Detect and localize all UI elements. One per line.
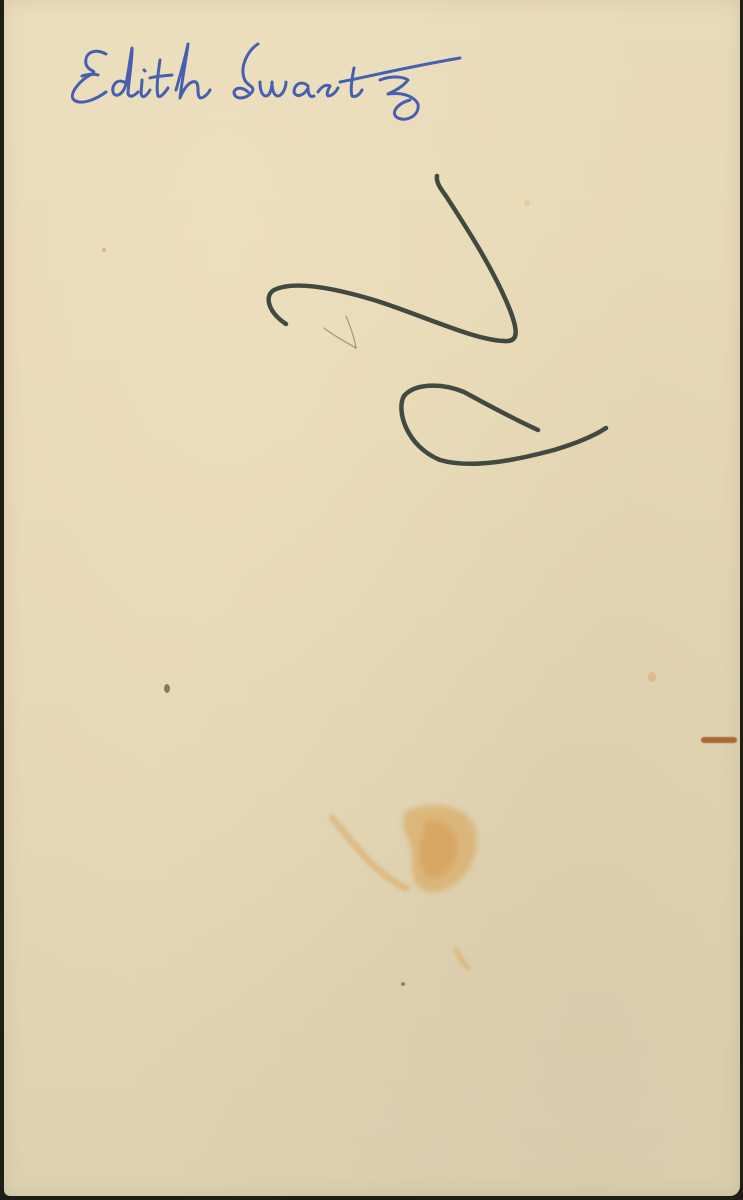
speck — [102, 248, 106, 252]
foxing-stain — [314, 790, 514, 980]
pencil-stroke-icon — [254, 160, 624, 490]
handwritten-signature: Edith Swartz — [62, 30, 472, 130]
card-back: Edith Swartz — [4, 0, 740, 1196]
speck — [524, 200, 530, 206]
edge-mark — [701, 737, 737, 743]
signature-ink-icon — [62, 30, 472, 130]
speck — [164, 684, 170, 693]
speck — [648, 672, 656, 682]
signature-text: Edith Swartz — [62, 30, 69, 31]
speck — [401, 982, 405, 986]
pencil-notation — [254, 160, 624, 490]
stain-icon — [314, 790, 514, 980]
